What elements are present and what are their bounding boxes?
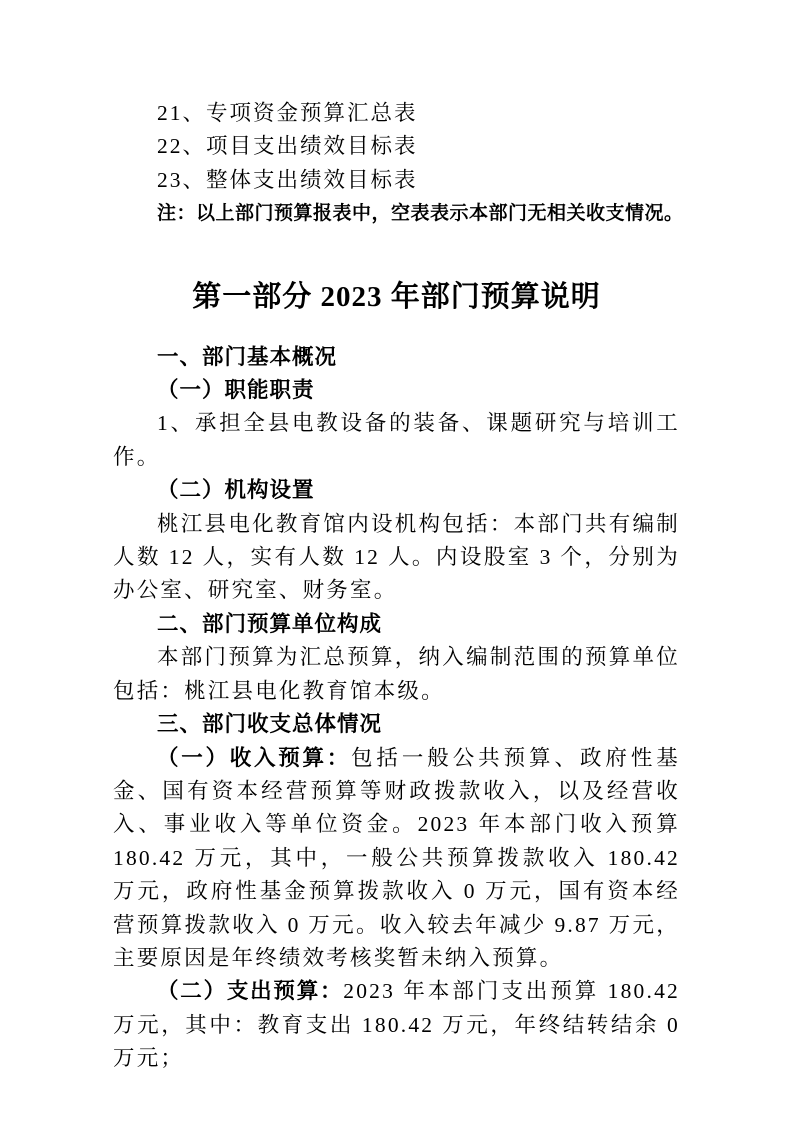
section-heading-2: 二、部门预算单位构成 (113, 608, 680, 641)
part-title: 第一部分 2023 年部门预算说明 (113, 275, 680, 319)
note-line: 注：以上部门预算报表中，空表表示本部门无相关收支情况。 (113, 197, 680, 230)
paragraph-expenditure-budget-lead: （二）支出预算： (157, 979, 343, 1003)
paragraph-income-budget: （一）收入预算：包括一般公共预算、政府性基金、国有资本经营预算等财政拨款收入，以… (113, 742, 680, 976)
document-page: 21、专项资金预算汇总表22、项目支出绩效目标表23、整体支出绩效目标表注：以上… (0, 0, 793, 1122)
report-list-item-22: 22、项目支出绩效目标表 (113, 130, 680, 163)
report-list-item-23: 23、整体支出绩效目标表 (113, 164, 680, 197)
report-list-item-21: 21、专项资金预算汇总表 (113, 97, 680, 130)
section-heading-3: 三、部门收支总体情况 (113, 708, 680, 741)
paragraph-duties: 1、承担全县电教设备的装备、课题研究与培训工作。 (113, 407, 680, 474)
subsection-heading-1-1: （一）职能职责 (113, 374, 680, 407)
paragraph-income-budget-lead: （一）收入预算： (157, 746, 351, 770)
paragraph-expenditure-budget: （二）支出预算：2023 年本部门支出预算 180.42 万元，其中：教育支出 … (113, 975, 680, 1075)
paragraph-organization: 桃江县电化教育馆内设机构包括：本部门共有编制人数 12 人，实有人数 12 人。… (113, 508, 680, 608)
subsection-heading-1-2: （二）机构设置 (113, 474, 680, 507)
paragraph-budget-units: 本部门预算为汇总预算，纳入编制范围的预算单位包括：桃江县电化教育馆本级。 (113, 641, 680, 708)
paragraph-income-budget-text: 包括一般公共预算、政府性基金、国有资本经营预算等财政拨款收入，以及经营收入、事业… (113, 746, 680, 970)
document-content: 21、专项资金预算汇总表22、项目支出绩效目标表23、整体支出绩效目标表注：以上… (113, 97, 680, 1076)
section-heading-1: 一、部门基本概况 (113, 341, 680, 374)
